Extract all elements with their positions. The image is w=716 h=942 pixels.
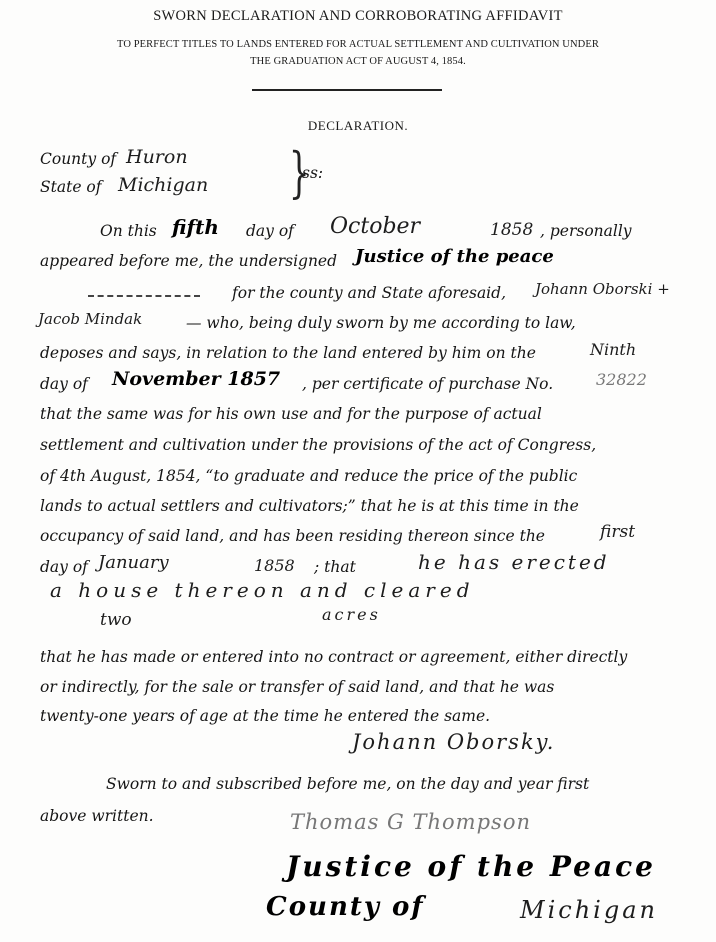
field-certificate-no: 32822 xyxy=(596,370,647,389)
county-value: Huron xyxy=(126,146,188,168)
jurat-line-2: above written. xyxy=(40,807,154,825)
document-title: SWORN DECLARATION AND CORROBORATING AFFI… xyxy=(0,8,716,25)
text-appeared: appeared before me, the undersigned xyxy=(40,252,337,270)
state-value: Michigan xyxy=(118,174,208,196)
affidavit-page: SWORN DECLARATION AND CORROBORATING AFFI… xyxy=(0,0,716,942)
text-line-9: of 4th August, 1854, “to graduate and re… xyxy=(40,467,577,485)
text-day-of-3: day of xyxy=(40,558,88,576)
field-since-day: first xyxy=(600,522,635,542)
field-entry-month-year: November 1857 xyxy=(112,368,280,390)
declarant-signature: Johann Oborsky. xyxy=(352,730,555,754)
field-deponent-1: Johann Oborski + xyxy=(535,280,670,298)
text-line-15: twenty-one years of age at the time he e… xyxy=(40,707,490,725)
officer-signature: Thomas G Thompson xyxy=(290,810,531,834)
field-officer: Justice of the peace xyxy=(355,246,554,267)
field-day: fifth xyxy=(172,215,219,239)
subtitle-line-1: TO PERFECT TITLES TO LANDS ENTERED FOR A… xyxy=(0,36,716,53)
text-personally: , personally xyxy=(540,222,632,240)
subtitle-line-2: THE GRADUATION ACT OF AUGUST 4, 1854. xyxy=(0,53,716,70)
section-heading: DECLARATION. xyxy=(0,118,716,134)
text-day-of-2: day of xyxy=(40,375,88,393)
jurat-line-1: Sworn to and subscribed before me, on th… xyxy=(106,775,589,793)
text-on-this: On this xyxy=(100,222,157,240)
state-label: State of xyxy=(40,178,102,196)
text-line-7: that the same was for his own use and fo… xyxy=(40,405,542,423)
field-acres-count: two xyxy=(100,610,132,630)
header-divider xyxy=(252,89,442,91)
text-that: ; that xyxy=(314,558,356,576)
field-improvements-1: he has erected xyxy=(418,550,610,574)
field-year: 1858 xyxy=(490,220,533,240)
text-certificate: , per certificate of purchase No. xyxy=(302,375,553,393)
text-line-14: or indirectly, for the sale or transfer … xyxy=(40,678,554,696)
field-month: October xyxy=(330,214,420,239)
field-since-month: January xyxy=(98,552,169,573)
ss-label: ss: xyxy=(302,164,323,182)
officer-title-county: County of xyxy=(266,892,425,922)
blank-line xyxy=(88,295,200,298)
text-duly-sworn: — who, being duly sworn by me according … xyxy=(186,314,576,332)
text-county-state: for the county and State aforesaid, xyxy=(232,284,506,302)
document-subtitle: TO PERFECT TITLES TO LANDS ENTERED FOR A… xyxy=(0,36,716,70)
field-deponent-2: Jacob Mindak xyxy=(38,310,142,328)
field-acres-label: acres xyxy=(322,605,381,624)
text-deposes: deposes and says, in relation to the lan… xyxy=(40,344,536,362)
officer-title-line-1: Justice of the Peace xyxy=(286,850,656,883)
officer-title-state: Michigan xyxy=(520,896,658,924)
text-day-of: day of xyxy=(246,222,294,240)
text-line-10: lands to actual settlers and cultivators… xyxy=(40,497,579,515)
field-improvements-2: a house thereon and cleared xyxy=(50,578,475,602)
field-since-year: 1858 xyxy=(254,556,295,575)
text-occupancy: occupancy of said land, and has been res… xyxy=(40,527,545,545)
field-entry-day: Ninth xyxy=(590,340,636,359)
county-label: County of xyxy=(40,150,116,168)
text-line-8: settlement and cultivation under the pro… xyxy=(40,436,596,454)
text-line-13: that he has made or entered into no cont… xyxy=(40,648,627,666)
